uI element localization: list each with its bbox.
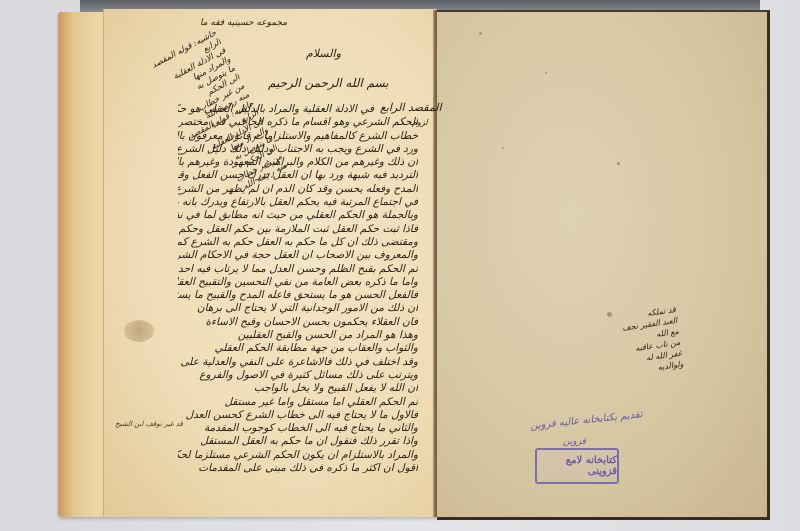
text-line: والثاني ما يحتاج فيه الى الخطاب كوجوب ال… [178,422,418,435]
text-line: ان الله لا يفعل القبيح ولا يخل بالواجب [178,382,418,395]
basmala: بسم الله الرحمن الرحیم [268,76,389,90]
paper-spot [502,147,504,149]
text-line: والمراد بالاستلزام ان يكون الحكم الشرعي … [178,449,418,462]
paper-spot [479,32,482,35]
ownership-notes: قد تملکه العبد الفقیر نجف مع الله من تاب… [586,304,684,382]
text-line: ثم الحكم العقلي اما مستقل واما غير مستقل [178,396,418,409]
text-line: ان ذلك من الامور الوجدانية التي لا يحتاج… [178,302,418,315]
text-line: وهذا هو المراد من الحسن والقبح العقليين [178,329,418,342]
top-note: مجموعه حسینیه فقه ما [200,18,287,28]
faded-seal-impression [124,320,154,342]
heading: والسلام [306,47,341,60]
paper-spot [545,72,547,74]
donation-note-city: قزوین [563,437,586,447]
text-line: ويترتب على ذلك مسائل كثيرة في الاصول وال… [178,369,418,382]
text-line: والثواب والعقاب من جهة مطابقة الحكم العق… [178,342,418,355]
paper-spot [617,162,620,165]
stamp-text: کتابخانه لامع قزوینی [537,455,617,477]
text-line: واذا تقرر ذلك فنقول ان ما حكم به العقل ا… [178,435,418,448]
library-stamp: کتابخانه لامع قزوینی [535,448,619,484]
text-line: فالفعل الحسن هو ما يستحق فاعله المدح وال… [178,289,418,302]
text-line: واما ما ذكره بعض العامة من نفي التحسين و… [178,276,418,289]
text-line: وقد اختلف في ذلك فالاشاعرة على النفي وال… [178,356,418,369]
side-note: قد غیر توقف ابن الشیخ [115,420,183,428]
text-line: فان العقلاء يحكمون بحسن الاحسان وقبح الا… [178,316,418,329]
right-manuscript-page [437,10,770,520]
text-line: فالاول ما لا يحتاج فيه الى خطاب الشرع كح… [178,409,418,422]
text-line: اقول ان اكثر ما ذكره في ذلك مبني على الم… [178,462,418,473]
